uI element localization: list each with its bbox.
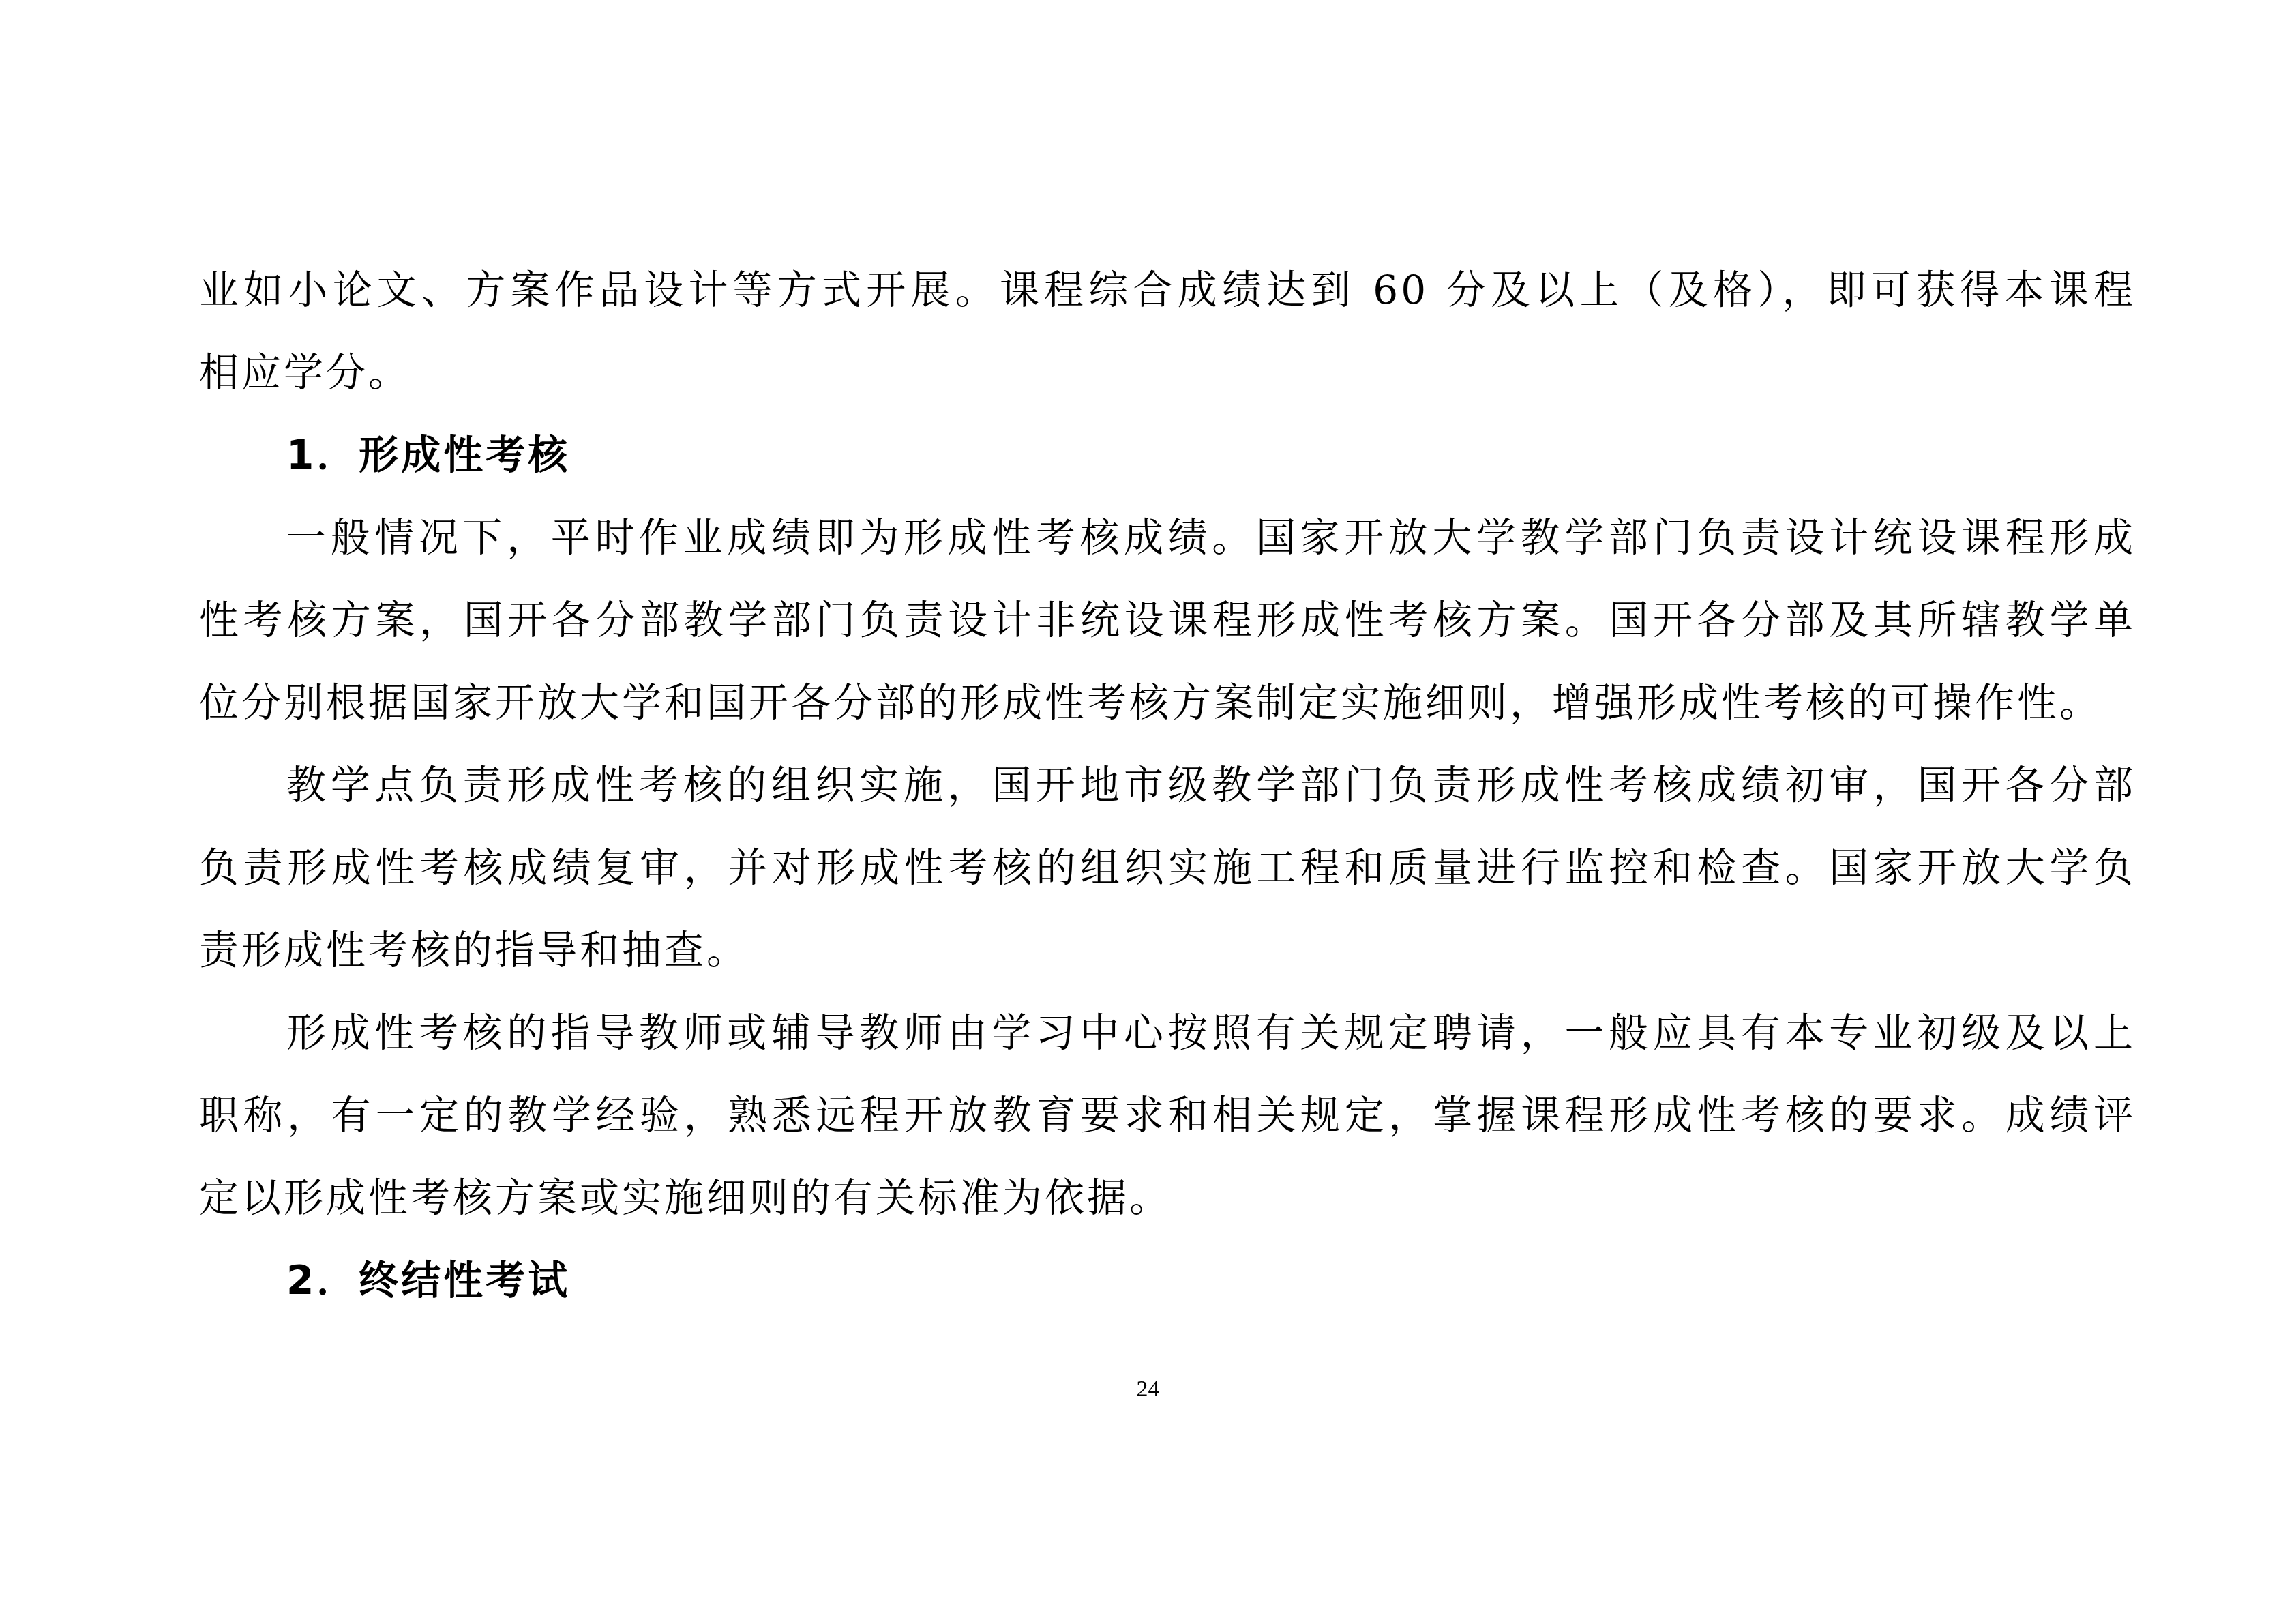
paragraph-line: 负责形成性考核成绩复审，并对形成性考核的组织实施工程和质量进行监控和检查。国家开…: [199, 838, 2136, 921]
paragraph-line: 性考核方案，国开各分部教学部门负责设计非统设课程形成性考核方案。国开各分部及其所…: [199, 591, 2136, 673]
paragraph-line: 一般情况下，平时作业成绩即为形成性考核成绩。国家开放大学教学部门负责设计统设课程…: [199, 508, 2136, 591]
paragraph-line: 位分别根据国家开放大学和国开各分部的形成性考核方案制定实施细则，增强形成性考核的…: [199, 673, 2136, 756]
paragraph-line: 责形成性考核的指导和抽查。: [199, 921, 2136, 1003]
paragraph-line: 职称，有一定的教学经验，熟悉远程开放教育要求和相关规定，掌握课程形成性考核的要求…: [199, 1086, 2136, 1168]
section-heading: 2．终结性考试: [199, 1251, 2136, 1333]
paragraph-line: 定以形成性考核方案或实施细则的有关标准为依据。: [199, 1168, 2136, 1251]
paragraph-line: 教学点负责形成性考核的组织实施，国开地市级教学部门负责形成性考核成绩初审，国开各…: [199, 756, 2136, 838]
document-page: 业如小论文、方案作品设计等方式开展。课程综合成绩达到 60 分及以上（及格），即…: [0, 0, 2296, 1624]
paragraph-line: 形成性考核的指导教师或辅导教师由学习中心按照有关规定聘请，一般应具有本专业初级及…: [199, 1003, 2136, 1086]
section-heading: 1．形成性考核: [199, 426, 2136, 508]
paragraph-line: 相应学分。: [199, 343, 2136, 426]
page-number: 24: [0, 1376, 2296, 1402]
paragraph-line: 业如小论文、方案作品设计等方式开展。课程综合成绩达到 60 分及以上（及格），即…: [199, 261, 2136, 343]
document-body: 业如小论文、方案作品设计等方式开展。课程综合成绩达到 60 分及以上（及格），即…: [199, 261, 2136, 1333]
